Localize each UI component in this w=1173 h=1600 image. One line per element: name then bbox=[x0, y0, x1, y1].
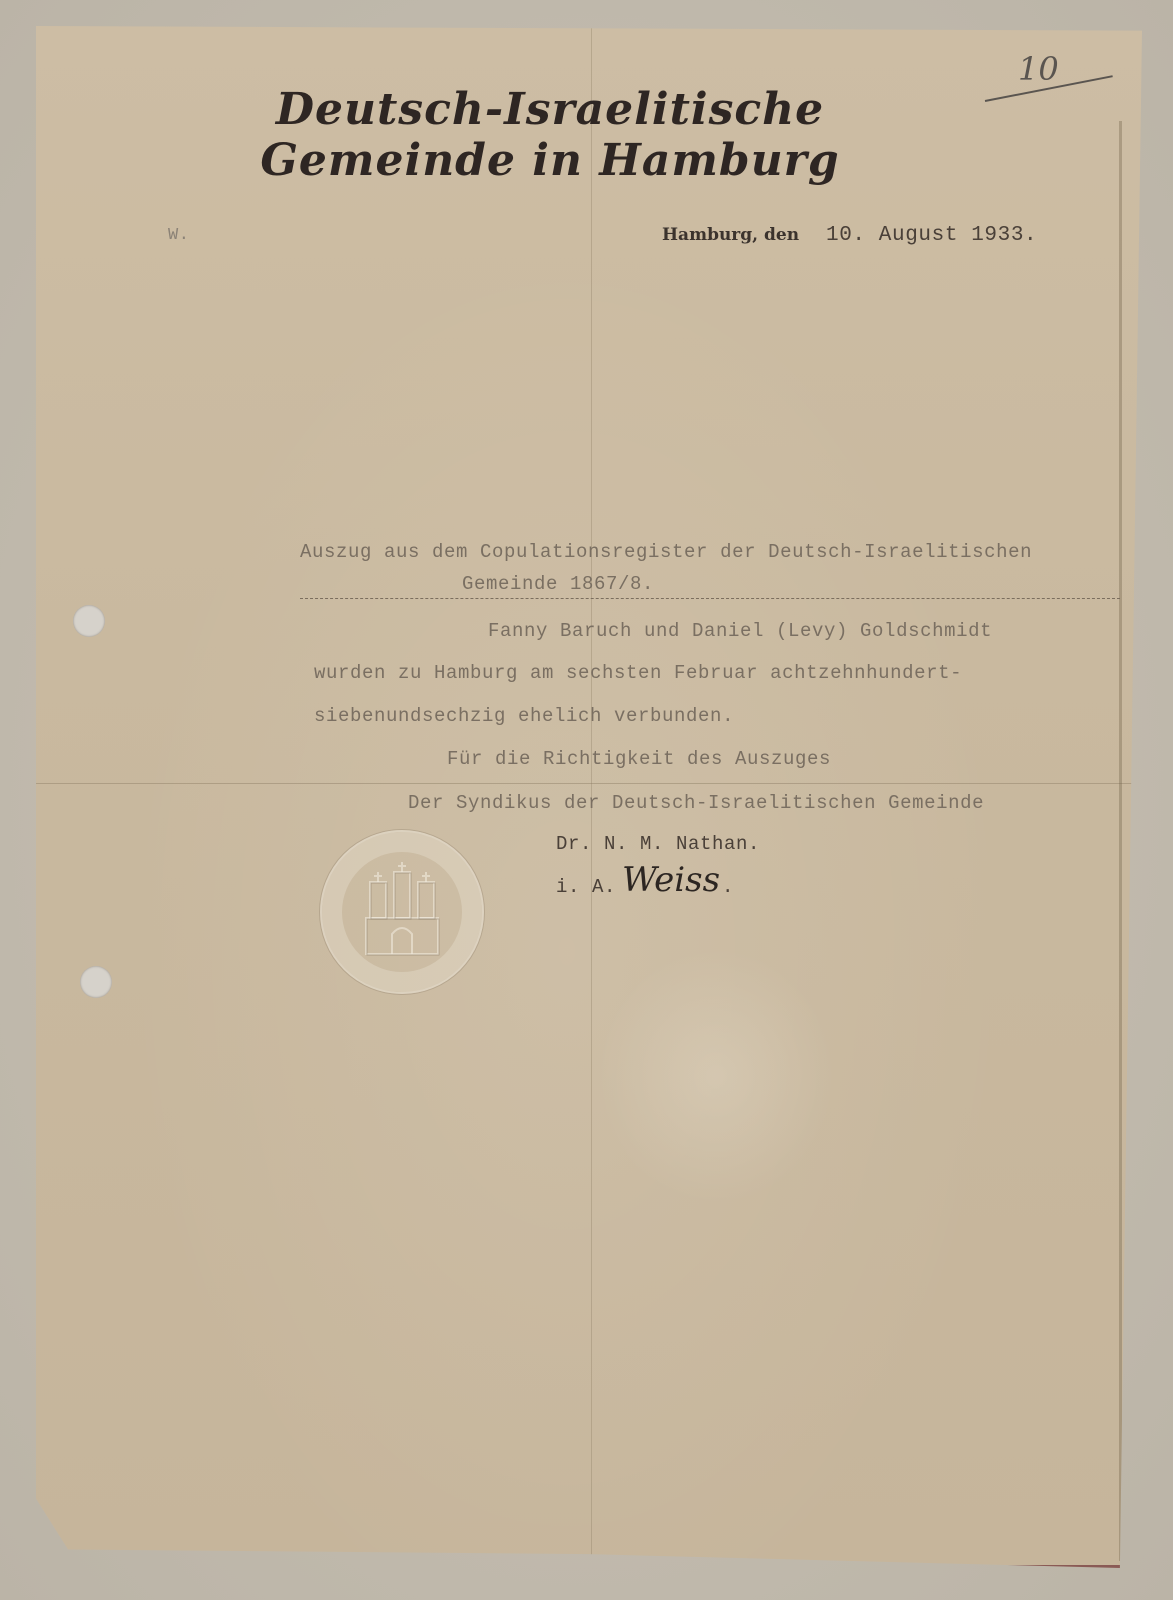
folio-number: 10 bbox=[1018, 50, 1059, 88]
certification-line-2: Der Syndikus der Deutsch-Israelitischen … bbox=[408, 792, 984, 814]
paper-edge bbox=[1119, 121, 1122, 1561]
signatory-name: Dr. N. M. Nathan. bbox=[556, 833, 760, 855]
certification-line-1: Für die Richtigkeit des Auszuges bbox=[447, 748, 831, 770]
signature-period: . bbox=[722, 876, 734, 898]
reference-mark: W. bbox=[168, 226, 190, 245]
horizontal-fold-line bbox=[36, 783, 1142, 784]
body-line-2: wurden zu Hamburg am sechsten Februar ac… bbox=[314, 662, 962, 684]
body-line-1: Fanny Baruch und Daniel (Levy) Goldschmi… bbox=[488, 620, 992, 642]
embossed-seal-icon bbox=[320, 830, 484, 994]
paper-crease bbox=[596, 946, 836, 1206]
letterhead-title: Deutsch-Israelitische Gemeinde in Hambur… bbox=[170, 84, 930, 186]
body-line-3: siebenundsechzig ehelich verbunden. bbox=[314, 705, 734, 727]
extract-title-line-1: Auszug aus dem Copulationsregister der D… bbox=[300, 541, 1032, 563]
castle-icon bbox=[362, 860, 442, 960]
on-behalf-prefix: i. A. bbox=[556, 876, 616, 898]
extract-title-line-2: Gemeinde 1867/8. bbox=[462, 573, 654, 595]
handwritten-signature: Weiss bbox=[622, 860, 720, 900]
punch-hole-icon bbox=[80, 966, 112, 998]
punch-hole-icon bbox=[73, 605, 105, 637]
title-underline bbox=[300, 598, 1120, 599]
place-label: Hamburg, den bbox=[662, 225, 799, 245]
document-date: 10. August 1933. bbox=[826, 224, 1037, 247]
